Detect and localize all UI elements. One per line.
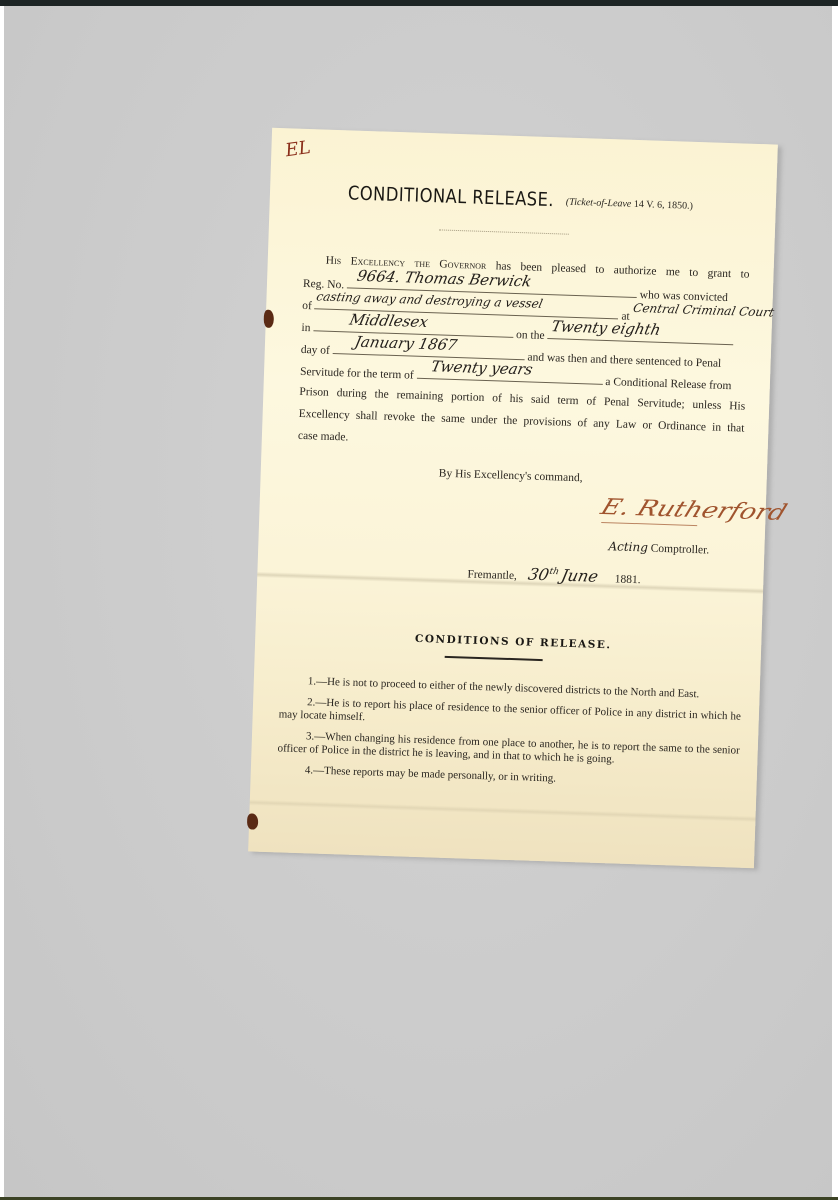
condition-item: 3.—When changing his residence from one … [277, 729, 740, 770]
signatory-title: Acting Comptroller. [608, 539, 709, 556]
dotted-separator [439, 229, 569, 234]
on-the-label: on the [516, 329, 545, 342]
servitude-label: Servitude for the term of [300, 366, 414, 382]
acting-handwritten: Acting [608, 539, 648, 554]
month-year-handwritten-value: January 1867 [353, 331, 459, 356]
handwritten-initials: EL [284, 137, 312, 161]
conditional-release-document: EL CONDITIONAL RELEASE. (Ticket-of-Leave… [248, 128, 778, 868]
conditions-heading-rule [445, 656, 543, 661]
condition-item: 2.—He is to report his place of residenc… [278, 695, 741, 736]
statute-reference: (Ticket-of-Leave 14 V. 6, 1850.) [566, 197, 693, 212]
of-label: of [302, 300, 312, 312]
statute-prefix: (Ticket-of-Leave [566, 197, 632, 210]
statute-number: 14 V. 6, 1850.) [634, 199, 693, 212]
date-month-handwritten: June [559, 566, 599, 586]
day-handwritten-value: Twenty eighth [549, 315, 662, 340]
edge-stain-upper [264, 310, 275, 328]
term-handwritten-value: Twenty years [429, 355, 535, 380]
conditions-list: 1.—He is not to proceed to either of the… [276, 674, 741, 799]
in-label: in [301, 322, 310, 334]
edge-stain-lower [247, 813, 259, 829]
date-day: 30 [526, 565, 550, 585]
release-body: His Excellency the Governor has been ple… [298, 249, 750, 462]
conditions-heading: CONDITIONS OF RELEASE. [255, 628, 761, 657]
county-handwritten-value: Middlesex [347, 309, 430, 333]
title-row: CONDITIONAL RELEASE. (Ticket-of-Leave 14… [270, 180, 776, 197]
document-title: CONDITIONAL RELEASE. [348, 182, 555, 211]
place-label: Fremantle, [467, 569, 517, 583]
comptroller-signature: E. Rutherford [597, 495, 790, 526]
fold-crease-lower [250, 799, 756, 822]
date-day-handwritten: 30th [526, 565, 560, 585]
comptroller-label: Comptroller. [651, 543, 710, 557]
day-of-label: day of [301, 344, 330, 357]
date-year: 1881. [615, 573, 641, 586]
command-line: By His Excellency's command, [439, 468, 583, 485]
date-day-suffix: th [548, 567, 560, 577]
scan-canvas: EL CONDITIONAL RELEASE. (Ticket-of-Leave… [0, 0, 838, 1200]
release-label: a Conditional Release from [605, 376, 731, 392]
